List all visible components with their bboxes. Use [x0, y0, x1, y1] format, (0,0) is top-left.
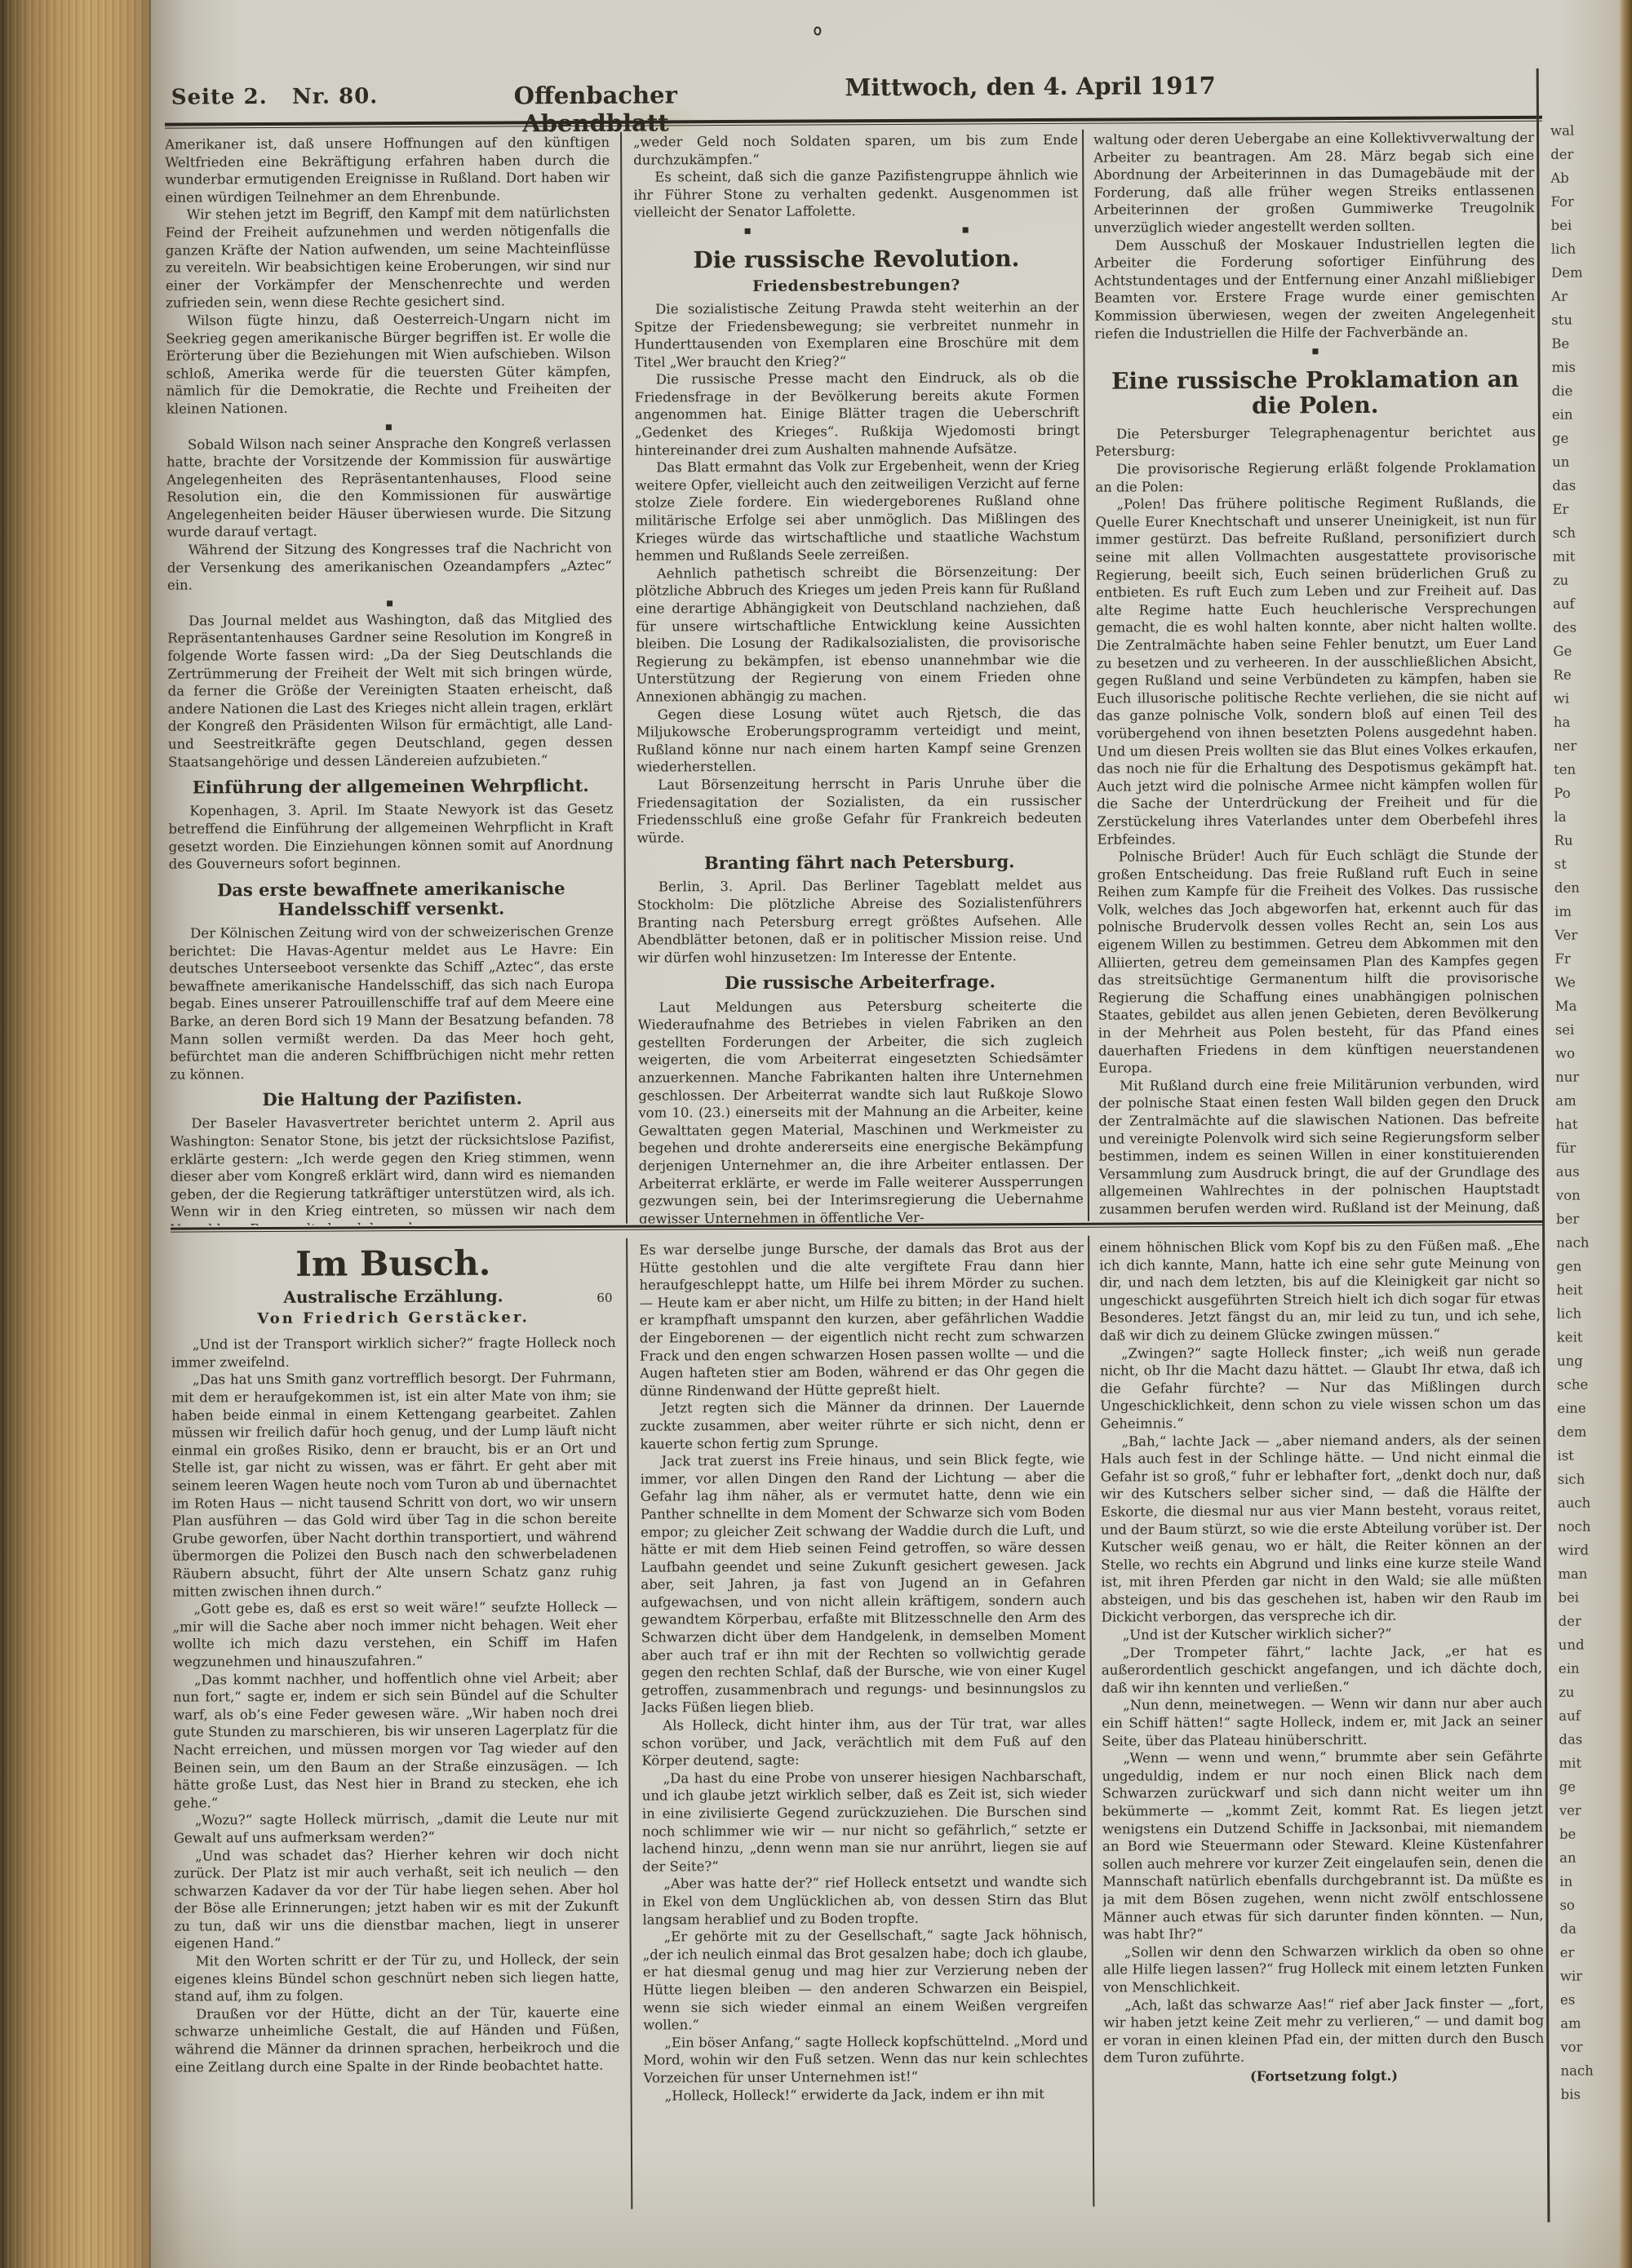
masthead-rule — [165, 116, 1542, 129]
paragraph: Mit Rußland durch eine freie Militärunio… — [1098, 1075, 1540, 1221]
paragraph: Als Holleck, dicht hinter ihm, aus der T… — [641, 1715, 1086, 1770]
adjacent-page-text-fragment: st — [1554, 852, 1630, 875]
headline-h2: Die russische Arbeiterfrage. — [637, 972, 1082, 994]
feuilleton-column-1: Im Busch. Australische Erzählung. 60 Von… — [171, 1242, 620, 2207]
paragraph: Die Petersburger Telegraphenagentur beri… — [1095, 423, 1536, 461]
serial-text: „Und ist der Transport wirklich sicher?“… — [171, 1334, 620, 2076]
column-divider — [1088, 1236, 1094, 2207]
adjacent-page-text-fragment: des — [1553, 615, 1628, 639]
feuilleton-column-3: einem höhnischen Blick vom Kopf bis zu d… — [1099, 1237, 1545, 2202]
paragraph: Wir stehen jetzt im Begriff, den Kampf m… — [165, 204, 610, 312]
serial-title: Im Busch. — [171, 1245, 615, 1283]
paragraph: „Aber was hatte der?“ rief Holleck entse… — [642, 1873, 1087, 1929]
headline-h1: Die russische Revolution. — [634, 246, 1079, 273]
headline-h1: Eine russische Proklamation an die Polen… — [1095, 366, 1536, 420]
adjacent-page-text-fragment: ner — [1554, 733, 1629, 757]
adjacent-page-text-fragment: ten — [1554, 757, 1629, 781]
adjacent-page-text-fragment: la — [1554, 804, 1629, 828]
adjacent-page-text-fragment: mis — [1551, 355, 1626, 379]
headline-h2: Das erste bewaffnete amerikanische Hande… — [169, 878, 614, 919]
adjacent-page-text-fragment: Be — [1551, 331, 1626, 355]
paragraph: Die sozialistische Zeitung Prawda steht … — [634, 299, 1079, 371]
paragraph: Laut Börsenzeitung herrscht in Paris Unr… — [636, 774, 1081, 847]
adjacent-page-text-fragment: Ar — [1551, 284, 1626, 308]
adjacent-page-text-fragment: Dem — [1551, 260, 1626, 284]
paper-title: Offenbacher Abendblatt — [441, 81, 751, 138]
adjacent-page-edge — [1619, 0, 1632, 2268]
paragraph: „Der Trompeter fährt,“ lachte Jack, „er … — [1102, 1641, 1542, 1697]
serial-subtitle: Australische Erzählung. — [283, 1287, 503, 1307]
paragraph: „Polen! Das frühere politische Regiment … — [1095, 494, 1537, 848]
paragraph: Das Blatt ermahnt das Volk zur Ergebenhe… — [635, 457, 1080, 565]
adjacent-page-text-fragment: ein — [1552, 402, 1627, 426]
adjacent-page-text-fragment: Er — [1552, 497, 1627, 520]
page-number-issue: Seite 2. Nr. 80. — [171, 84, 379, 109]
paragraph: Aehnlich pathetisch schreibt die Börsenz… — [636, 563, 1081, 707]
adjacent-page-text-fragment: bei — [1551, 213, 1626, 237]
paragraph: Die russische Presse macht den Eindruck,… — [635, 369, 1080, 459]
paragraph: Berlin, 3. April. Das Berliner Tageblatt… — [637, 876, 1083, 967]
adjacent-page-text-fragment: For — [1550, 189, 1625, 213]
adjacent-page-text-fragment: auf — [1553, 591, 1628, 615]
adjacent-page-text-fragment: wi — [1554, 686, 1629, 710]
adjacent-page-text-fragment: Ab — [1550, 166, 1625, 189]
paragraph: Laut Meldungen aus Petersburg scheiterte… — [638, 996, 1084, 1223]
paragraph: „Ein böser Anfang,“ sagte Holleck kopfsc… — [643, 2031, 1088, 2087]
page-label: Seite 2. — [171, 85, 268, 110]
serial-subtitle-row: Australische Erzählung. 60 — [171, 1287, 615, 1307]
book-gutter-edge — [0, 0, 157, 2268]
separator-dots — [634, 219, 1079, 240]
adjacent-page-text-fragment: wal — [1550, 118, 1625, 142]
paragraph: „Und ist der Kutscher wirklich sicher?“ — [1102, 1624, 1542, 1644]
paragraph: „Und ist der Transport wirklich sicher?“… — [171, 1334, 616, 1371]
paragraph: „Nun denn, meinetwegen. — Wenn wir dann … — [1102, 1694, 1542, 1750]
news-column-1: Amerikaner ist, daß unsere Hoffnungen au… — [165, 134, 615, 1226]
paragraph: Dem Ausschuß der Moskauer Industriellen … — [1094, 234, 1536, 342]
adjacent-page-text-fragment: Ru — [1554, 828, 1630, 852]
adjacent-page-text-fragment: sch — [1553, 520, 1628, 544]
paragraph: „Da hast du eine Probe von unserer hiesi… — [642, 1768, 1088, 1876]
paragraph: Kopenhagen, 3. April. Im Staate Newyork … — [168, 800, 613, 873]
paragraph: „Gott gebe es, daß es erst so weit wäre!… — [172, 1598, 617, 1671]
masthead: Seite 2. Nr. 80. Offenbacher Abendblatt … — [147, 65, 1542, 117]
issue-label: Nr. 80. — [292, 84, 379, 109]
paragraph: Draußen vor der Hütte, dicht an der Tür,… — [175, 2004, 619, 2076]
serial-byline: Von Friedrich Gerstäcker. — [171, 1308, 616, 1327]
paragraph: Die provisorische Regierung erläßt folge… — [1095, 458, 1536, 496]
headline-h3: Friedensbestrebungen? — [634, 277, 1079, 296]
paragraph: Sobald Wilson nach seiner Ansprache den … — [166, 433, 612, 541]
paragraph: Amerikaner ist, daß unsere Hoffnungen au… — [165, 134, 610, 206]
adjacent-page-text-fragment: Ge — [1553, 639, 1628, 662]
adjacent-page-text-fragment: mit — [1553, 544, 1628, 568]
adjacent-page-text-fragment: das — [1552, 473, 1627, 497]
adjacent-page-text-fragment: stu — [1551, 308, 1626, 331]
punch-mark-icon — [814, 26, 821, 35]
installment-number: 60 — [596, 1290, 612, 1308]
adjacent-page-text-fragment: un — [1552, 450, 1627, 473]
paragraph: Jack trat zuerst ins Freie hinaus, und s… — [640, 1451, 1086, 1717]
paragraph: Während der Sitzung des Kongresses traf … — [167, 539, 612, 595]
adjacent-page-text-fragment: zu — [1553, 568, 1628, 591]
paragraph: Der Kölnischen Zeitung wird von der schw… — [169, 923, 614, 1083]
paragraph: Gegen diese Losung wütet auch Rjetsch, d… — [636, 703, 1081, 776]
paragraph: „Das hat uns Smith ganz vortrefflich bes… — [171, 1369, 617, 1601]
paragraph: „Wozu?“ sagte Holleck mürrisch, „damit d… — [174, 1810, 619, 1847]
page-content: Seite 2. Nr. 80. Offenbacher Abendblatt … — [146, 0, 1632, 2268]
paragraph: „Holleck, Holleck!“ erwiderte da Jack, i… — [644, 2084, 1089, 2104]
paragraph: „Er gehörte mit zu der Gesellschaft,“ sa… — [643, 1926, 1089, 2034]
adjacent-page-text-fragment: Po — [1554, 781, 1629, 804]
adjacent-page-text-fragment: ha — [1554, 710, 1629, 733]
paragraph: „Ach, laßt das schwarze Aas!“ rief aber … — [1103, 1994, 1544, 2066]
paragraph: Das Journal meldet aus Washington, daß d… — [167, 610, 613, 771]
paragraph: „Zwingen?“ sagte Holleck finster; „ich w… — [1100, 1342, 1541, 1433]
paragraph: „Und was schadet das? Hierher kehren wir… — [174, 1845, 619, 1952]
paragraph: Polnische Brüder! Auch für Euch schlägt … — [1098, 846, 1539, 1078]
news-column-3: waltung oder deren Uebergabe an eine Kol… — [1093, 129, 1540, 1221]
paragraph: „Das kommt nachher, und hoffentlich ohne… — [173, 1668, 619, 1812]
headline-h2: Branting fährt nach Petersburg. — [637, 852, 1082, 874]
adjacent-page-text-fragment: lich — [1551, 237, 1626, 260]
news-column-2: „weder Geld noch Soldaten sparen, um bis… — [633, 131, 1084, 1224]
newspaper-page: Seite 2. Nr. 80. Offenbacher Abendblatt … — [151, 0, 1632, 2268]
headline-h2: Die Haltung der Pazifisten. — [170, 1088, 614, 1110]
paragraph: „Wenn — wenn und wenn,“ brummte aber sei… — [1102, 1748, 1543, 1943]
paragraph: waltung oder deren Uebergabe an eine Kol… — [1093, 129, 1535, 237]
separator-dots — [167, 592, 612, 613]
continuation-note: (Fortsetzung folgt.) — [1103, 2066, 1544, 2086]
paragraph: „Sollen wir denn den Schwarzen wirklich … — [1103, 1942, 1544, 1997]
paragraph: Mit den Worten schritt er der Tür zu, un… — [175, 1951, 619, 2006]
paragraph: „weder Geld noch Soldaten sparen, um bis… — [633, 131, 1078, 169]
paragraph: Der Baseler Havasvertreter berichtet unt… — [170, 1113, 615, 1225]
paragraph: Es war derselbe junge Bursche, der damal… — [639, 1239, 1084, 1400]
adjacent-page-text-fragment: ge — [1552, 426, 1627, 450]
adjacent-page-text-fragment: Re — [1553, 662, 1628, 686]
paragraph: Es scheint, daß sich die ganze Pazifiste… — [633, 166, 1078, 222]
column-divider — [626, 1238, 632, 2209]
paragraph: „Bah,“ lachte Jack — „aber niemand ander… — [1100, 1430, 1541, 1626]
column-divider — [1082, 130, 1089, 1221]
paragraph: Jetzt regten sich die Männer da drinnen.… — [640, 1398, 1084, 1453]
paragraph: Wilson fügte hinzu, daß Oesterreich-Unga… — [166, 310, 611, 418]
paragraph: einem höhnischen Blick vom Kopf bis zu d… — [1099, 1237, 1541, 1344]
date-label: Mittwoch, den 4. April 1917 — [845, 72, 1216, 101]
column-divider — [620, 132, 628, 1224]
feuilleton-column-2: Es war derselbe junge Bursche, der damal… — [639, 1239, 1089, 2204]
adjacent-page-text-fragment: die — [1552, 379, 1627, 402]
newspaper-page-photo: Seite 2. Nr. 80. Offenbacher Abendblatt … — [0, 0, 1632, 2268]
separator-dots — [1094, 340, 1535, 361]
separator-dots — [166, 415, 611, 436]
headline-h2: Einführung der allgemeinen Wehrpflicht. — [168, 776, 613, 798]
adjacent-page-text-fragment: der — [1550, 142, 1625, 166]
